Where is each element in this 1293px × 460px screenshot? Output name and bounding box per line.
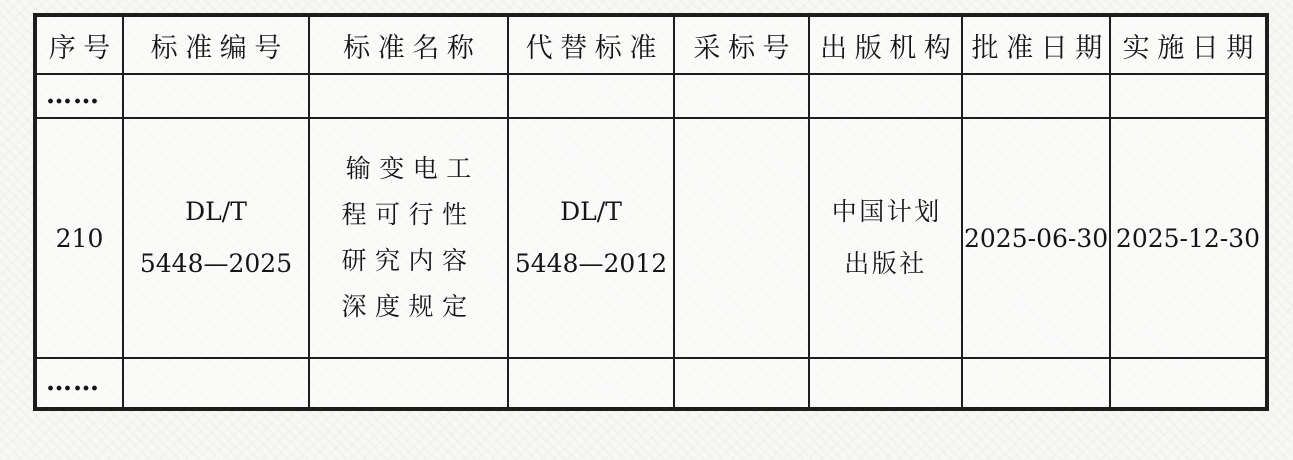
col-header-standard-number: 标准编号 (123, 15, 309, 74)
cell-serial-number: 210 (35, 118, 123, 358)
empty-cell (309, 358, 508, 409)
empty-cell (962, 358, 1110, 409)
cell-publisher: 中国计划 出版社 (809, 118, 962, 358)
empty-cell (809, 74, 962, 118)
ellipsis-cell: …… (35, 74, 123, 118)
cell-replaced-standard: DL/T 5448—2012 (508, 118, 674, 358)
empty-cell (123, 74, 309, 118)
document-page: 序号 标准编号 标准名称 代替标准 采标号 出版机构 批准日期 实施日期 …… (0, 0, 1293, 460)
cell-adoption-number (674, 118, 809, 358)
col-header-approval-date: 批准日期 (962, 15, 1110, 74)
standard-row: 210 DL/T 5448—2025 输变电工 程可行性 研究内容 深度规定 D… (35, 118, 1267, 358)
cell-implementation-date: 2025-12-30 (1110, 118, 1267, 358)
empty-cell (674, 74, 809, 118)
col-header-implementation-date: 实施日期 (1110, 15, 1267, 74)
col-header-standard-name: 标准名称 (309, 15, 508, 74)
empty-cell (674, 358, 809, 409)
col-header-publisher: 出版机构 (809, 15, 962, 74)
empty-cell (309, 74, 508, 118)
empty-cell (962, 74, 1110, 118)
empty-cell (508, 74, 674, 118)
col-header-serial: 序号 (35, 15, 123, 74)
empty-cell (1110, 74, 1267, 118)
cell-approval-date: 2025-06-30 (962, 118, 1110, 358)
ellipsis-row-bottom: …… (35, 358, 1267, 409)
empty-cell (1110, 358, 1267, 409)
empty-cell (809, 358, 962, 409)
empty-cell (123, 358, 309, 409)
cell-standard-name: 输变电工 程可行性 研究内容 深度规定 (309, 118, 508, 358)
cell-standard-number: DL/T 5448—2025 (123, 118, 309, 358)
standards-table: 序号 标准编号 标准名称 代替标准 采标号 出版机构 批准日期 实施日期 …… (33, 13, 1269, 411)
ellipsis-cell: …… (35, 358, 123, 409)
header-row: 序号 标准编号 标准名称 代替标准 采标号 出版机构 批准日期 实施日期 (35, 15, 1267, 74)
ellipsis-row-top: …… (35, 74, 1267, 118)
empty-cell (508, 358, 674, 409)
col-header-adoption-number: 采标号 (674, 15, 809, 74)
col-header-replaced-standard: 代替标准 (508, 15, 674, 74)
